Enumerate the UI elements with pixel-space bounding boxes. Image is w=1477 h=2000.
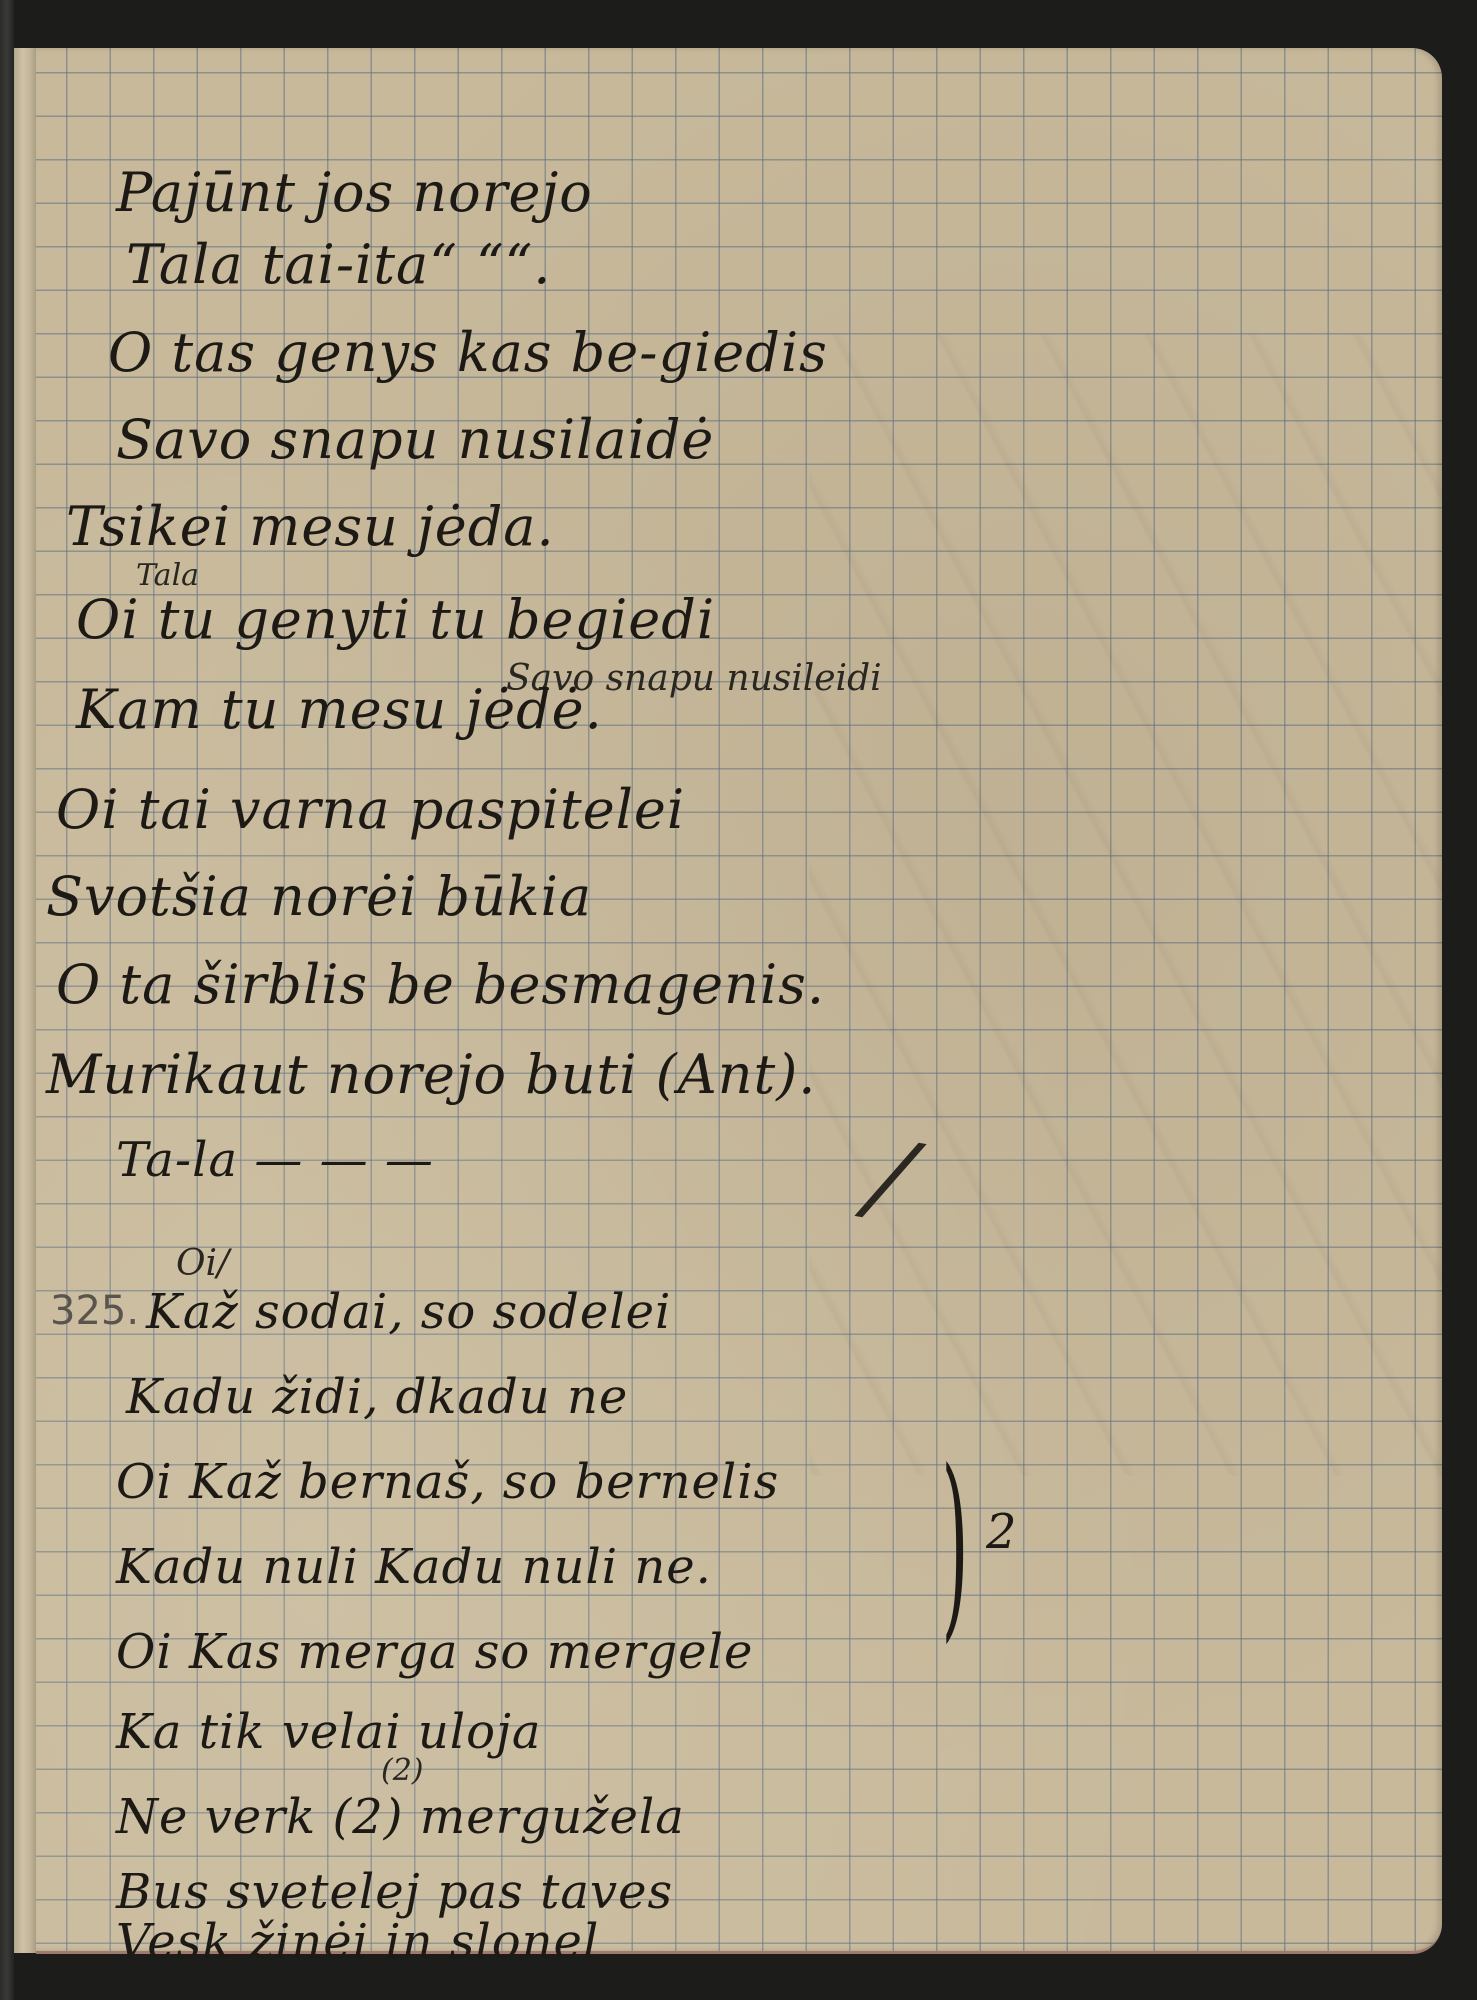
song2-line-9: Vesk žinėi in slonel [116, 1918, 599, 1966]
song1-line-7: Kam tu mesu jėdė. [76, 683, 603, 737]
song1-line-11: Murikaut norejo buti (Ant). [46, 1048, 816, 1102]
song2-line-5: Oi Kas merga so mergele [116, 1628, 753, 1676]
annotation-2: (2) [381, 1753, 424, 1788]
song1-line-1: Pajūnt jos norejo [116, 166, 593, 220]
repeat-brace: ) [941, 1428, 968, 1661]
repeat-count: 2 [986, 1508, 1018, 1556]
song-number: 325. [50, 1288, 139, 1334]
song1-line-10: O ta širblis be besmagenis. [56, 958, 825, 1012]
song1-line-3: O tas genys kas be-giedis [108, 326, 828, 380]
song1-line-4-text: Savo snapu nusilaidė [116, 408, 714, 471]
song1-line-5: Tsikei mesu jėda. [66, 500, 555, 554]
binding-edge [14, 48, 37, 1953]
song2-line-4: Kadu nuli Kadu nuli ne. [116, 1543, 712, 1591]
song1-line-6: Oi tu genyti tu begiedi [76, 593, 715, 647]
section-end-mark: ⁄ [870, 1117, 910, 1246]
song2-line-3: Oi Kaž bernaš, so bernelis [116, 1458, 779, 1506]
song1-line-9: Svotšia norėi būkia [46, 870, 592, 924]
song1-line-12: Ta-la — — — [116, 1136, 434, 1184]
song1-line-4: Savo snapu nusilaidė [116, 413, 714, 467]
notebook-page: Pajūnt jos norejo Tala tai-ita“ ““. O ta… [36, 48, 1442, 1954]
insertion-oi: Oi/ [176, 1243, 229, 1284]
song2-line-6: Ka tik velai uloja [116, 1708, 541, 1756]
song2-line-1: Kaž sodai, so sodelei [146, 1288, 671, 1336]
song2-line-7: Ne verk (2) merguželа [116, 1793, 685, 1841]
song2-line-8: Bus svetelej pas taves [116, 1868, 673, 1916]
song2-line-2: Kadu židi, dkadu ne [126, 1373, 628, 1421]
song1-line-8: Oi tai varna paspitelei [56, 783, 685, 837]
adjacent-page-edge [0, 0, 14, 2000]
song1-line-2: Tala tai-ita“ ““. [126, 238, 551, 292]
scan-background: Pajūnt jos norejo Tala tai-ita“ ““. O ta… [0, 0, 1477, 2000]
